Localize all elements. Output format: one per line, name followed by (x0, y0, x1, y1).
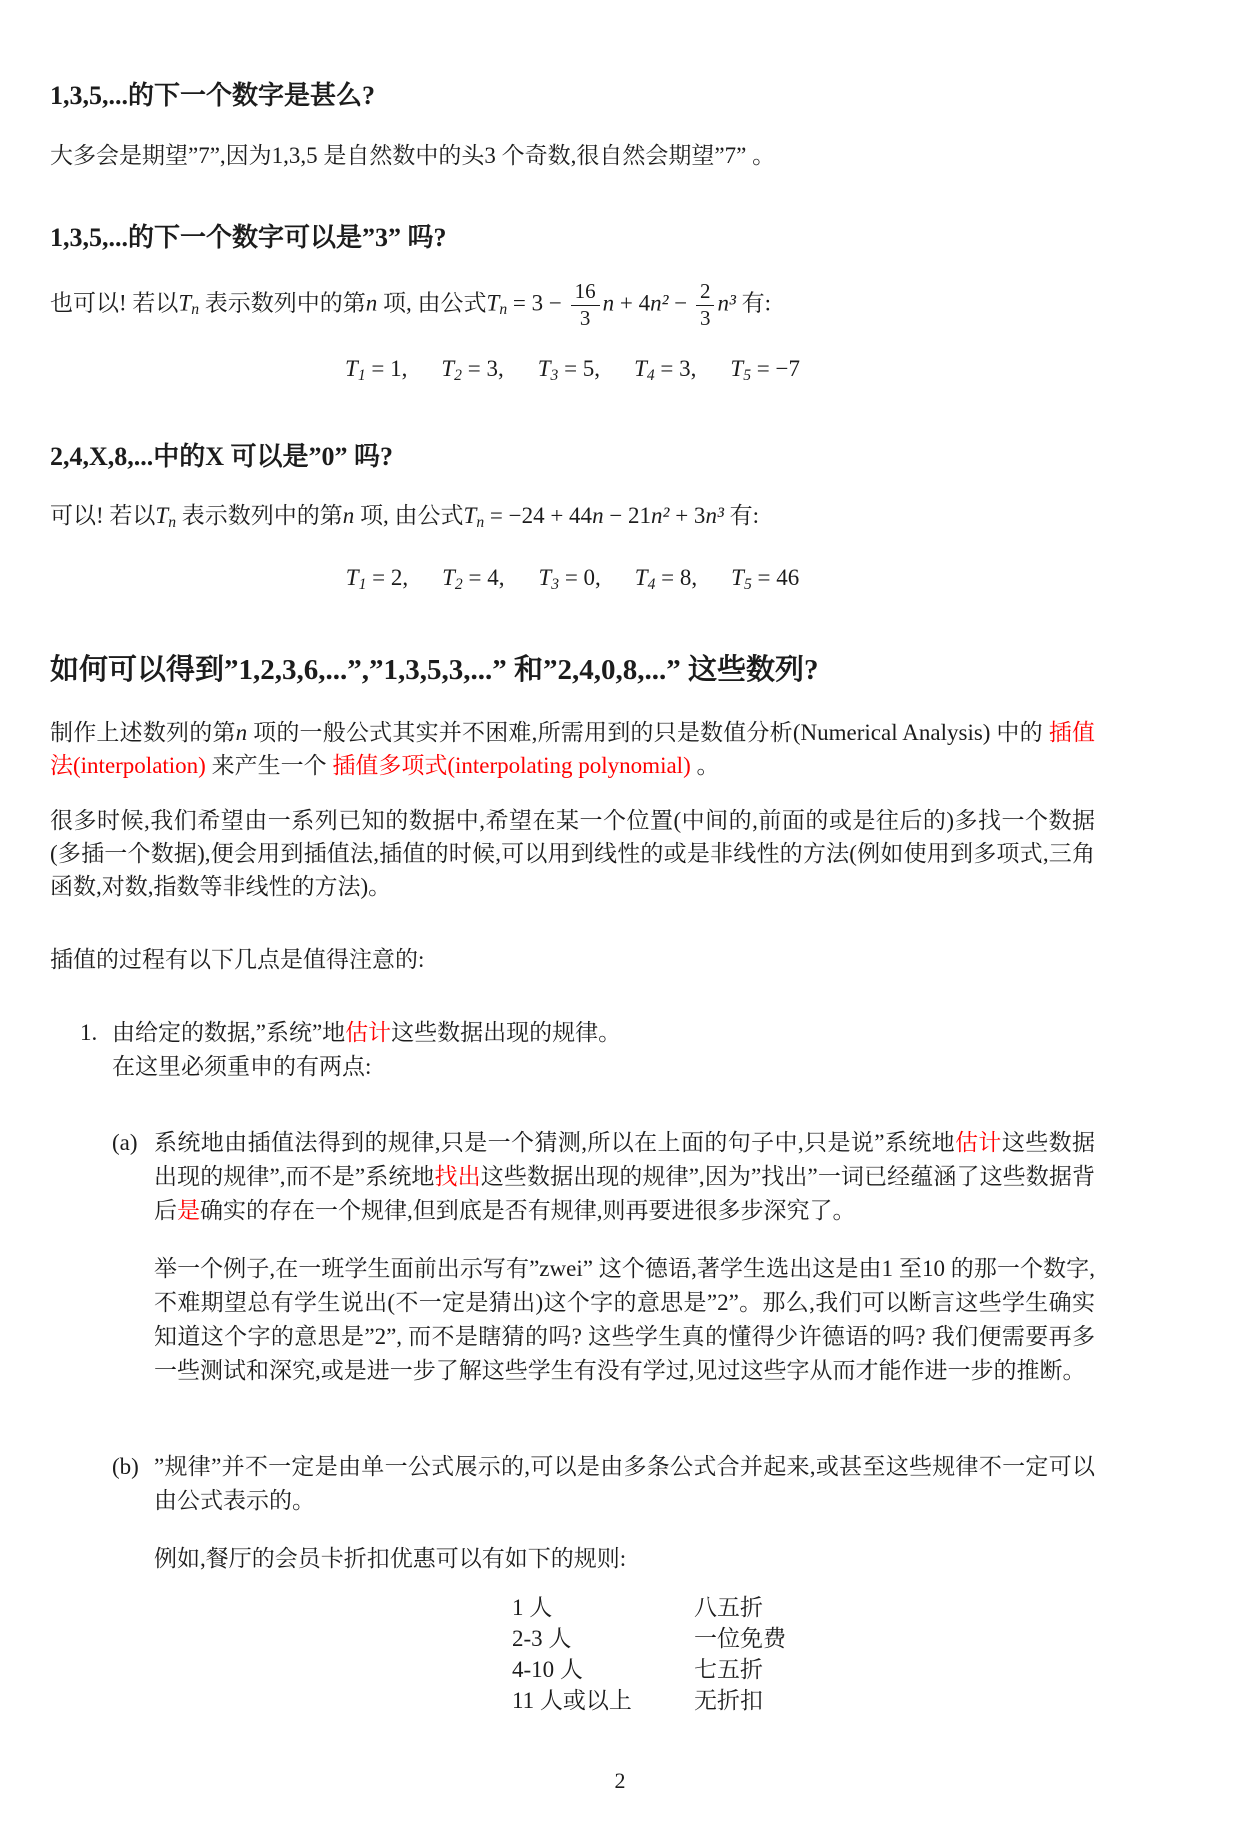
document-page: 1,3,5,...的下一个数字是甚么? 大多会是期望”7”,因为1,3,5 是自… (50, 0, 1095, 1716)
section-heading-next-number: 1,3,5,...的下一个数字是甚么? (50, 80, 1095, 113)
table-cell-discount: 七五折 (694, 1654, 763, 1685)
red-term-is: 是 (177, 1198, 200, 1223)
page-number: 2 (0, 1768, 1240, 1822)
table-cell-discount: 一位免费 (694, 1623, 786, 1654)
section-heading-x-can-be-zero: 2,4,X,8,...中的X 可以是”0” 吗? (50, 441, 1095, 474)
paragraph-interpolation-usage: 很多时候,我们希望由一系列已知的数据中,希望在某一个位置(中间的,前面的或是往后… (50, 804, 1095, 903)
paragraph-interpolation-intro: 制作上述数列的第n 项的一般公式其实并不困难,所需用到的只是数值分析(Numer… (50, 716, 1095, 782)
table-row: 11 人或以上无折扣 (512, 1685, 1095, 1716)
list-item-1-line2: 在这里必须重申的有两点: (112, 1050, 1095, 1084)
list-item-b-paragraph: ”规律”并不一定是由单一公式展示的,可以是由多条公式合并起来,或甚至这些规律不一… (154, 1450, 1095, 1518)
red-term-find-out: 找出 (435, 1164, 481, 1189)
red-term-interpolating-polynomial: 插值多项式(interpolating polynomial) (332, 753, 690, 778)
table-cell-people: 2-3 人 (512, 1623, 694, 1654)
section-heading-can-be-three: 1,3,5,...的下一个数字可以是”3” 吗? (50, 222, 1095, 255)
red-term-estimate: 估计 (955, 1130, 1002, 1155)
table-row: 4-10 人七五折 (512, 1654, 1095, 1685)
fraction: 23 (696, 280, 715, 330)
list-item-a-label: (a) (112, 1126, 138, 1160)
paragraph-expect-seven: 大多会是期望”7”,因为1,3,5 是自然数中的头3 个奇数,很自然会期望”7”… (50, 139, 1095, 172)
paragraph-zwei-example: 举一个例子,在一班学生面前出示写有”zwei” 这个德语,著学生选出这是由1 至… (154, 1252, 1095, 1388)
paragraph-restaurant-example: 例如,餐厅的会员卡折扣优惠可以有如下的规则: (154, 1542, 1095, 1576)
list-item-b-label: (b) (112, 1450, 139, 1484)
list-item-a: (a) 系统地由插值法得到的规律,只是一个猜测,所以在上面的句子中,只是说”系统… (50, 1126, 1095, 1388)
table-row: 1 人八五折 (512, 1592, 1095, 1623)
table-cell-people: 11 人或以上 (512, 1685, 694, 1716)
list-item-1-line1: 由给定的数据,”系统”地估计这些数据出现的规律。 (112, 1016, 1095, 1050)
section-heading-how-to-get-sequences: 如何可以得到”1,2,3,6,...”,”1,3,5,3,...” 和”2,4,… (50, 652, 1095, 690)
display-equation-sequence-two: T1 = 2,T2 = 4,T3 = 0,T4 = 8,T5 = 46 (50, 563, 1095, 600)
display-equation-sequence-one: T1 = 1,T2 = 3,T3 = 5,T4 = 3,T5 = −7 (50, 354, 1095, 391)
table-row: 2-3 人一位免费 (512, 1623, 1095, 1654)
table-cell-people: 1 人 (512, 1592, 694, 1623)
paragraph-formula-one: 也可以! 若以Tn 表示数列中的第n 项, 由公式Tn = 3 − 163n +… (50, 280, 1095, 330)
red-term-estimate: 估计 (345, 1020, 391, 1045)
list-item-1: 1. 由给定的数据,”系统”地估计这些数据出现的规律。 在这里必须重申的有两点: (50, 1016, 1095, 1084)
discount-table: 1 人八五折 2-3 人一位免费 4-10 人七五折 11 人或以上无折扣 (512, 1592, 1095, 1716)
paragraph-formula-two: 可以! 若以Tn 表示数列中的第n 项, 由公式Tn = −24 + 44n −… (50, 499, 1095, 539)
list-item-1-number: 1. (80, 1016, 97, 1050)
table-cell-discount: 八五折 (694, 1592, 763, 1623)
table-cell-discount: 无折扣 (694, 1685, 763, 1716)
list-item-a-paragraph: 系统地由插值法得到的规律,只是一个猜测,所以在上面的句子中,只是说”系统地估计这… (154, 1126, 1095, 1228)
table-cell-people: 4-10 人 (512, 1654, 694, 1685)
list-item-b: (b) ”规律”并不一定是由单一公式展示的,可以是由多条公式合并起来,或甚至这些… (50, 1450, 1095, 1716)
fraction: 163 (571, 280, 600, 330)
paragraph-points-to-note: 插值的过程有以下几点是值得注意的: (50, 943, 1095, 976)
